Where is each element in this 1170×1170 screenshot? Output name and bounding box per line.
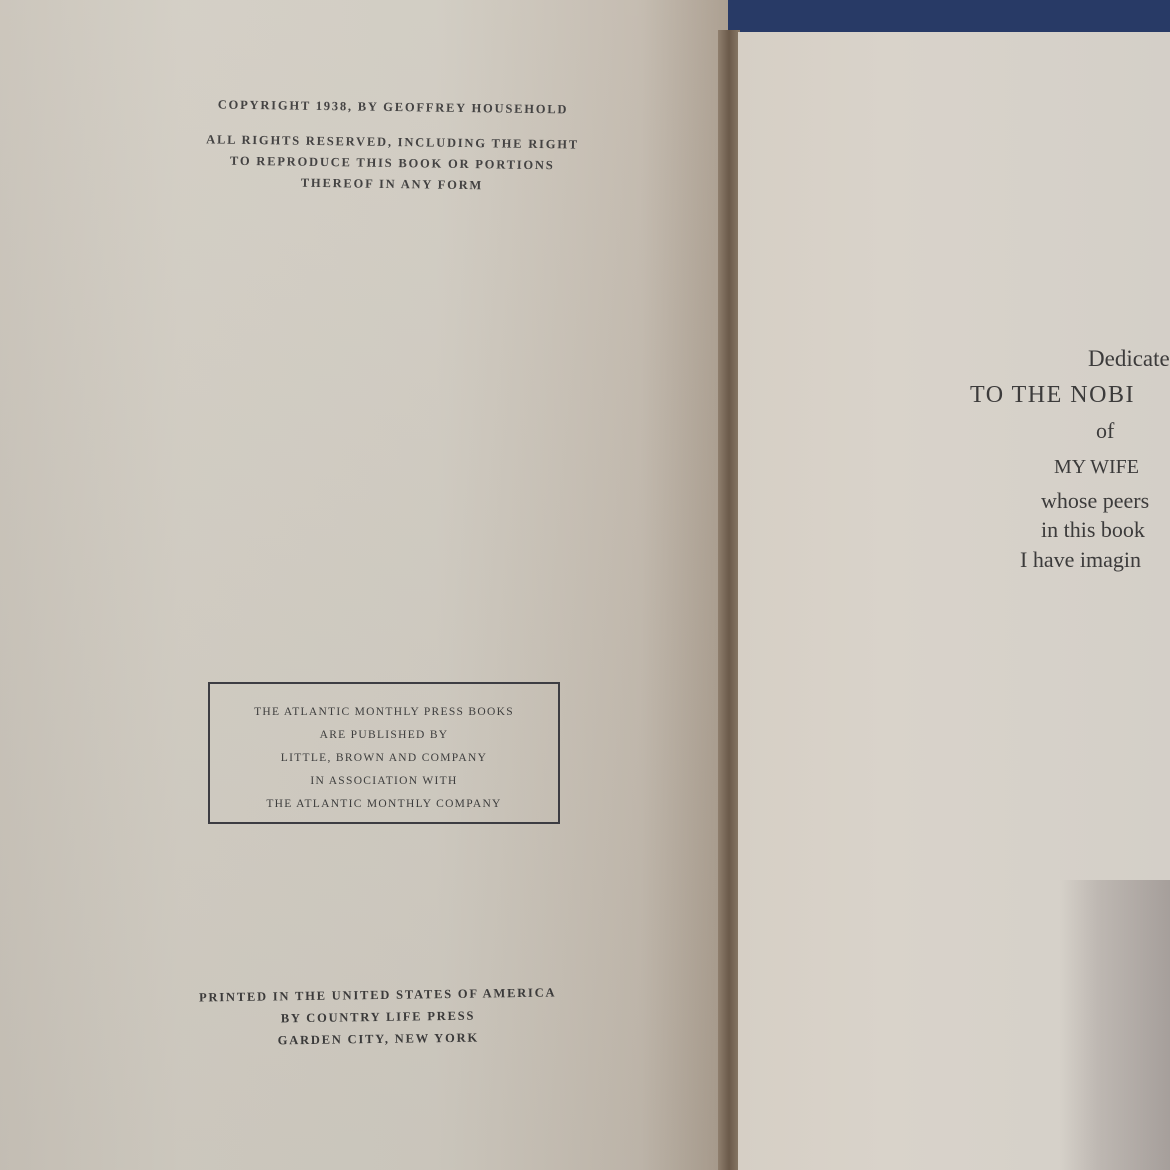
publisher-line: THE ATLANTIC MONTHLY COMPANY bbox=[210, 793, 558, 816]
copyright-page: COPYRIGHT 1938, BY GEOFFREY HOUSEHOLD AL… bbox=[0, 0, 728, 1170]
publisher-line: LITTLE, BROWN AND COMPANY bbox=[210, 747, 558, 770]
rights-line: THEREOF IN ANY FORM bbox=[184, 171, 599, 198]
book-gutter bbox=[718, 30, 740, 1170]
hand-shadow bbox=[1060, 880, 1170, 1170]
printer-line: PRINTED IN THE UNITED STATES OF AMERICA bbox=[172, 981, 584, 1009]
dedication-clip: Dedicated TO THE NOBI of MY WIFE whose p… bbox=[738, 0, 1170, 1170]
copyright-line: COPYRIGHT 1938, BY GEOFFREY HOUSEHOLD bbox=[185, 94, 600, 121]
dedication-line: Dedicated bbox=[960, 342, 1170, 376]
dedication-line: of bbox=[960, 414, 1170, 448]
publisher-text: THE ATLANTIC MONTHLY PRESS BOOKS ARE PUB… bbox=[210, 684, 558, 816]
rights-line: TO REPRODUCE THIS BOOK OR PORTIONS bbox=[185, 150, 600, 177]
printer-line: BY COUNTRY LIFE PRESS bbox=[172, 1003, 584, 1031]
rights-line: ALL RIGHTS RESERVED, INCLUDING THE RIGHT bbox=[185, 129, 600, 156]
publisher-box: THE ATLANTIC MONTHLY PRESS BOOKS ARE PUB… bbox=[208, 682, 560, 824]
dedication-text: Dedicated TO THE NOBI of MY WIFE whose p… bbox=[960, 342, 1170, 575]
dedication-line: MY WIFE bbox=[960, 448, 1170, 486]
publisher-line: THE ATLANTIC MONTHLY PRESS BOOKS bbox=[210, 701, 558, 724]
dedication-line: whose peers bbox=[960, 486, 1170, 515]
copyright-notice: COPYRIGHT 1938, BY GEOFFREY HOUSEHOLD AL… bbox=[184, 94, 600, 198]
dedication-line: in this book bbox=[960, 515, 1170, 544]
publisher-line: ARE PUBLISHED BY bbox=[210, 724, 558, 747]
dedication-line: TO THE NOBI bbox=[960, 376, 1170, 414]
publisher-line: IN ASSOCIATION WITH bbox=[210, 770, 558, 793]
dedication-line: I have imagin bbox=[960, 544, 1170, 575]
printer-notice: PRINTED IN THE UNITED STATES OF AMERICA … bbox=[172, 981, 585, 1053]
printer-line: GARDEN CITY, NEW YORK bbox=[172, 1025, 584, 1053]
